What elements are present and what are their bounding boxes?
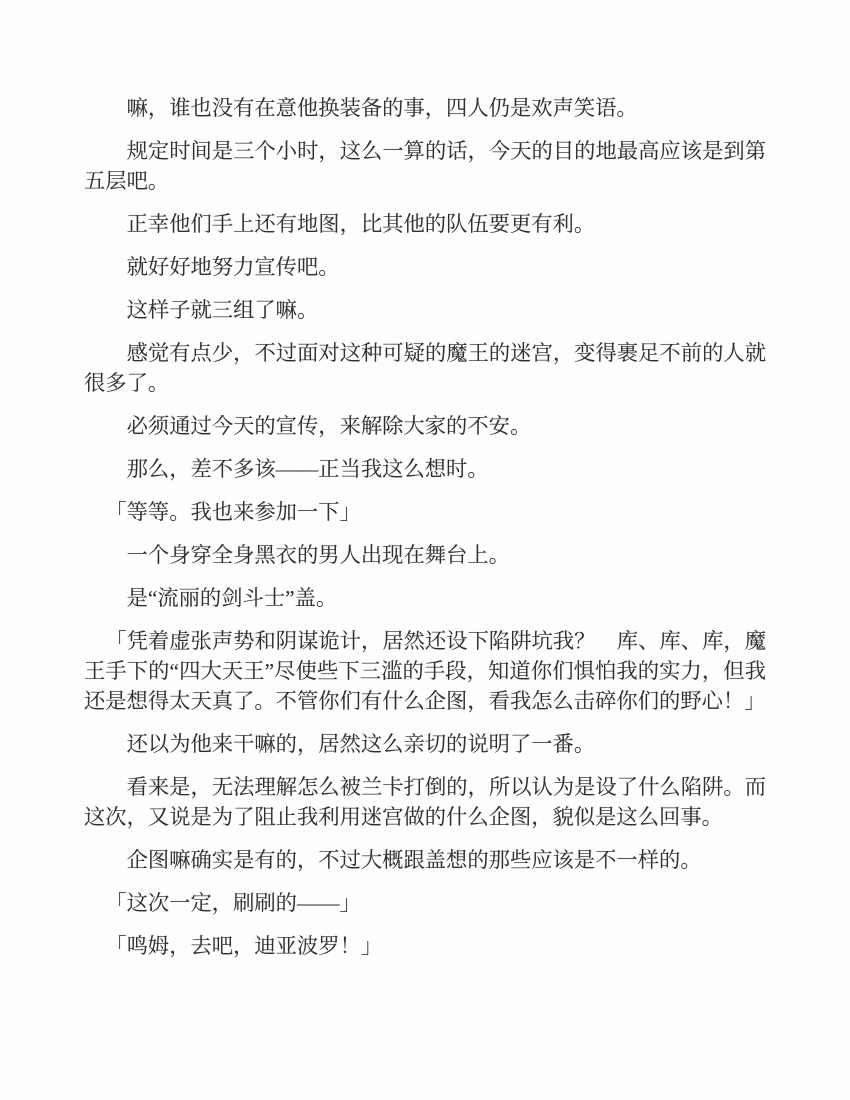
narration-paragraph: 嘛，谁也没有在意他换装备的事，四人仍是欢声笑语。 (84, 93, 766, 123)
narration-paragraph: 是“流丽的剑斗士”盖。 (84, 583, 766, 613)
narration-paragraph: 那么，差不多该——正当我这么想时。 (84, 454, 766, 484)
narration-paragraph: 一个身穿全身黑衣的男人出现在舞台上。 (84, 540, 766, 570)
narration-paragraph: 这样子就三组了嘛。 (84, 295, 766, 325)
narration-paragraph: 就好好地努力宣传吧。 (84, 252, 766, 282)
narration-paragraph: 规定时间是三个小时，这么一算的话，今天的目的地最高应该是到第五层吧。 (84, 136, 766, 196)
narration-paragraph: 还以为他来干嘛的，居然这么亲切的说明了一番。 (84, 729, 766, 759)
novel-page: 嘛，谁也没有在意他换装备的事，四人仍是欢声笑语。 规定时间是三个小时，这么一算的… (0, 0, 850, 1100)
narration-paragraph: 必须通过今天的宣传，来解除大家的不安。 (84, 411, 766, 441)
dialogue-paragraph: 「这次一定，刷刷的——」 (84, 888, 766, 918)
narration-paragraph: 正幸他们手上还有地图，比其他的队伍要更有利。 (84, 209, 766, 239)
dialogue-paragraph: 「等等。我也来参加一下」 (84, 497, 766, 527)
narration-paragraph: 看来是，无法理解怎么被兰卡打倒的，所以认为是设了什么陷阱。而这次，又说是为了阻止… (84, 772, 766, 832)
text-column: 嘛，谁也没有在意他换装备的事，四人仍是欢声笑语。 规定时间是三个小时，这么一算的… (84, 93, 766, 961)
narration-paragraph: 感觉有点少，不过面对这种可疑的魔王的迷宫，变得裹足不前的人就很多了。 (84, 338, 766, 398)
dialogue-paragraph: 「凭着虚张声势和阴谋诡计，居然还设下陷阱坑我？ 库、库、库，魔王手下的“四大天王… (84, 626, 766, 716)
narration-paragraph: 企图嘛确实是有的，不过大概跟盖想的那些应该是不一样的。 (84, 845, 766, 875)
dialogue-paragraph: 「鸣姆，去吧，迪亚波罗！」 (84, 931, 766, 961)
